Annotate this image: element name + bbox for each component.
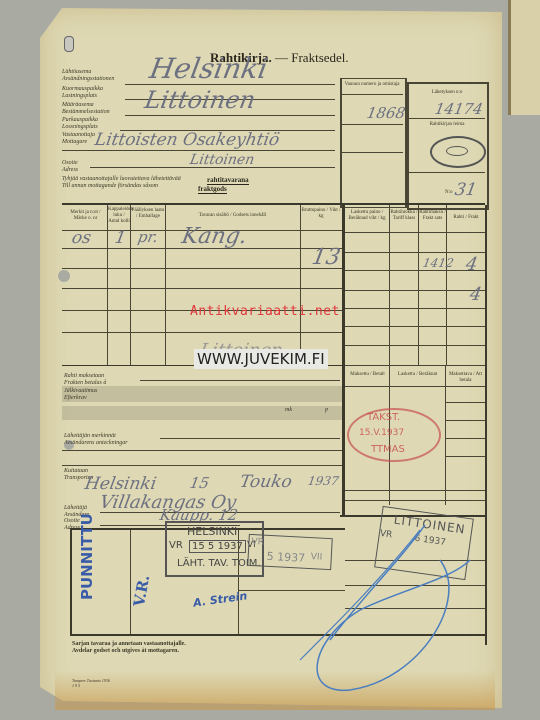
row-weight: 13 bbox=[310, 245, 342, 270]
col-header-contents: Tavaran sisältö / Godsets innehåll bbox=[170, 213, 295, 219]
shaded-band bbox=[62, 406, 342, 420]
row-contents: Kang. bbox=[180, 224, 249, 249]
freight-col-class: Rahtiluokka / Tariff klass bbox=[390, 210, 418, 222]
background-document-edge bbox=[508, 0, 540, 115]
col-rule bbox=[445, 365, 446, 505]
receipt-year: 1937 bbox=[307, 474, 340, 488]
row-rule bbox=[445, 420, 485, 421]
freight-col-rate: Rahtimaksu / Frakt sats bbox=[419, 210, 446, 222]
watermark-antikvariaatti: Antikvariaatti.net bbox=[190, 304, 340, 319]
row-rule bbox=[445, 456, 485, 457]
row-rule bbox=[345, 608, 485, 609]
row-rule bbox=[345, 585, 485, 586]
freight-col-freight: Rahti / Frakt bbox=[447, 215, 485, 221]
tariff-stamp: TAKST. 15.V.1937 TTMAS bbox=[347, 408, 441, 462]
row-rule bbox=[345, 252, 485, 253]
row-rule bbox=[345, 326, 485, 327]
departure-station-label: LähtöasemaAvsändningsstationen bbox=[62, 69, 114, 83]
freight-col-weight: Laskettu paino / Beräknad vikt / kg bbox=[346, 210, 388, 222]
fraktgods-label: fraktgods bbox=[198, 185, 227, 194]
rule bbox=[62, 150, 335, 151]
shaded-band bbox=[62, 386, 342, 402]
freight-right-border bbox=[485, 205, 487, 645]
bottom-table-left bbox=[70, 528, 72, 636]
rule bbox=[160, 438, 340, 439]
second-station-stamp: VR 5 1937 VII bbox=[247, 534, 333, 570]
stamp-bottom-text: TTMAS bbox=[371, 444, 405, 455]
col-rule bbox=[130, 530, 131, 634]
footer-note: Sarjan tavaraa ja annetaan vastaanottaja… bbox=[72, 641, 186, 655]
col-rule bbox=[389, 205, 390, 365]
departure-station-value: Helsinki bbox=[147, 52, 270, 85]
stamp-prefix: VR bbox=[379, 529, 393, 541]
col-header-count: Kappaleiden luku / Antal kolli bbox=[108, 207, 130, 225]
row-rule bbox=[345, 308, 485, 309]
col-header-packaging: Päällyksen laatu / Emballage bbox=[131, 208, 165, 220]
receipt-month: Touko bbox=[238, 472, 293, 492]
stamp-date: 15 5 1937 bbox=[189, 540, 246, 553]
row-marks: os bbox=[70, 228, 92, 248]
row-rule bbox=[445, 438, 485, 439]
destination-station-label: MääräasemaBestämmelsestation bbox=[62, 102, 110, 116]
rule bbox=[409, 118, 485, 119]
table-top-border bbox=[62, 203, 347, 205]
unloading-place-label: PurkauspaikkaLossningsplats bbox=[62, 117, 98, 131]
sender-notes-label: Lähettäjän merkinnätAvsändarens anteckni… bbox=[64, 433, 128, 447]
rule bbox=[340, 124, 403, 125]
recipient-label: VastaanottajaMottagare bbox=[62, 132, 95, 146]
metal-grommet bbox=[64, 36, 74, 52]
row-rule bbox=[345, 290, 485, 291]
col-header-marks: Merkit ja n:ot / Märke o. nr bbox=[64, 210, 107, 222]
number-label: N:o bbox=[445, 190, 453, 196]
stamp-label: Rahtikirjan leima bbox=[410, 122, 484, 128]
title-swedish: Fraktsedel. bbox=[291, 50, 348, 65]
punch-hole bbox=[58, 270, 70, 282]
rule bbox=[62, 450, 342, 451]
stamp-prefix: VR bbox=[169, 540, 183, 551]
receipt-place: Helsinki bbox=[83, 474, 158, 494]
to-pay-header: Maksettava / Att betala bbox=[446, 372, 485, 384]
stamp-city: LITTOINEN bbox=[393, 513, 466, 537]
recipient-value: Littoisten Osakeyhtiö bbox=[93, 130, 281, 150]
railway-oval-stamp bbox=[430, 136, 486, 168]
address-value: Littoinen bbox=[189, 152, 256, 168]
title-dash: — bbox=[275, 50, 288, 65]
col-rule bbox=[107, 205, 108, 365]
row-rule bbox=[62, 332, 342, 333]
printer-note: Tampere Tuotanto 19361 9 5 bbox=[72, 678, 110, 688]
col-rule bbox=[130, 205, 131, 365]
stamp-date: 5 1937 bbox=[266, 550, 305, 565]
col-rule bbox=[418, 205, 419, 365]
stamp-prefix: VR bbox=[251, 537, 264, 548]
loading-place-label: KuormauspaikkaLastningsplats bbox=[62, 86, 103, 100]
destination-station-value: Littoinen bbox=[143, 86, 258, 114]
row-rule bbox=[345, 500, 485, 501]
section-rule bbox=[345, 386, 485, 387]
number-value: 31 bbox=[453, 180, 478, 200]
rule bbox=[125, 115, 335, 116]
rule bbox=[409, 172, 485, 173]
rule bbox=[140, 380, 340, 381]
weighed-stamp: PUNNITTU bbox=[78, 513, 96, 600]
wagon-label: Vaunun numero ja omistaja bbox=[342, 82, 402, 88]
wagon-box bbox=[340, 78, 407, 208]
paid-header: Maksettu / Betalt bbox=[346, 372, 389, 378]
paper-stain bbox=[55, 670, 495, 710]
consignment-label: Lähetyksen n:o bbox=[410, 90, 484, 96]
row-rule bbox=[345, 345, 485, 346]
row-packaging: pr. bbox=[136, 228, 159, 246]
row-rule bbox=[345, 490, 485, 491]
section-rule bbox=[345, 365, 485, 366]
row-rule bbox=[62, 288, 342, 289]
littoinen-station-stamp: LITTOINEN VR 6 1937 bbox=[374, 506, 474, 580]
stamp-suffix: VII bbox=[311, 552, 323, 563]
row-rule bbox=[445, 402, 485, 403]
rule bbox=[340, 152, 403, 153]
stamp-top-text: TAKST. bbox=[367, 412, 400, 423]
consignment-number: 14174 bbox=[433, 100, 484, 118]
col-header-weight: Bruttopaino / Vikt / kg bbox=[301, 208, 341, 220]
cod-label: JälkivaatimusEfterkrav bbox=[64, 388, 97, 402]
col-rule bbox=[165, 205, 166, 365]
address-label: OsoiteAdress bbox=[62, 160, 78, 174]
unit-p: p bbox=[325, 407, 328, 414]
bottom-table-bottom bbox=[70, 634, 487, 636]
stamp-date: 6 1937 bbox=[414, 534, 447, 548]
freight-top-border bbox=[345, 203, 485, 205]
watermark-juvekim: WWW.JUVEKIM.FI bbox=[194, 349, 328, 369]
freight-paid-label: Rahti maksetaanFrakten betalas å bbox=[64, 373, 106, 387]
stamp-city: HELSINKI bbox=[187, 525, 237, 538]
unit-mk: mk bbox=[285, 407, 292, 414]
rule bbox=[62, 465, 342, 466]
calculated-header: Laskettu / Beräknat bbox=[390, 372, 445, 378]
receipt-day: 15 bbox=[188, 474, 210, 492]
header-rule bbox=[345, 232, 485, 233]
col-rule bbox=[300, 205, 301, 365]
freight-rate: 1412 bbox=[422, 256, 455, 270]
col-rule bbox=[446, 205, 447, 365]
stamp-date: 15.V.1937 bbox=[359, 428, 404, 438]
freight-good-label: rahtitavarana bbox=[207, 176, 249, 185]
row-rule bbox=[238, 590, 345, 591]
row-rule bbox=[62, 268, 342, 269]
instruction-text: Tyhjää vastaanottajalle luovutettava läh… bbox=[62, 176, 212, 190]
wagon-number: 1868 bbox=[365, 104, 406, 122]
rule bbox=[340, 94, 403, 95]
